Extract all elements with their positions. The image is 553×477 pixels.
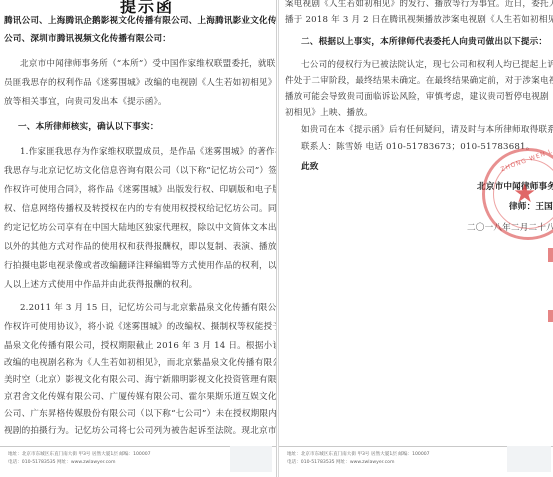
- section-heading: 一、本所律师核实，确认以下事实：: [18, 120, 159, 132]
- closing-salutation: 此致: [301, 160, 319, 172]
- intro-line: 北京市中闻律师事务所（“本所”）受中国作家维权联盟委托，就联盟成: [20, 57, 277, 69]
- document-page-right: 案电视剧《人生若如初相见》的发行、播放等行为事宜。近日，委托人得知贵司 播于 2…: [278, 0, 553, 477]
- paragraph-line: 播于 2018 年 3 月 2 日在腾讯视频播放涉案电视剧《人生若如初相见》。: [285, 13, 553, 25]
- paragraph-line: 作权许可使用合同》，将作品《迷雾围城》出版发行权、印刷版和电子版的复制: [4, 183, 277, 195]
- paragraph-line: 权、信息网络传播权及转授权在内的专有使用权授权给记忆坊公司。同时，合同: [4, 202, 277, 214]
- footer-watermark: [230, 446, 272, 472]
- addressee-line: 公司、深圳市腾讯视频文化传播有限公司：: [4, 32, 171, 44]
- footer-watermark: [507, 446, 551, 472]
- paragraph-line: 公司、广东昇格传媒股份有限公司（以下称“七公司”）未在授权期限内完成电: [4, 407, 277, 419]
- contact-note: 如贵司在本《提示函》后有任何疑问，请及时与本所律师取得联系。: [301, 123, 553, 135]
- paragraph-line: 七公司的侵权行为已被法院认定，现七公司和权利人均已提起上诉，目前案: [301, 58, 553, 70]
- contact-line: 联系人：陈雪娇 电话 010-51783673；010-51783681。: [301, 140, 535, 152]
- section-heading: 二、根据以上事实，本所律师代表委托人向贵司做出以下提示：: [301, 35, 547, 47]
- paragraph-line: 件处于二审阶段，最终结果未确定。在最终结果确定前，对于涉案电视剧的上映: [285, 74, 553, 86]
- paragraph-line: 视剧的拍摄行为。记忆坊公司将七公司列为被告起诉至法院。现北京市东城区法: [4, 424, 277, 436]
- paragraph-line: 京君舍文化传媒有限公司、广厦传媒有限公司、霍尔果斯乐道互娱文化传媒有限: [4, 390, 277, 402]
- paragraph-line: 2.2011 年 3 月 15 日，记忆坊公司与北京紫晶泉文化传播有限公司签订《…: [20, 301, 277, 313]
- cross-page-seal-mark: [548, 248, 553, 262]
- paragraph-line: 案电视剧《人生若如初相见》的发行、播放等行为事宜。近日，委托人得知贵司: [285, 0, 553, 9]
- paragraph-line: 播放可能会导致贵司面临诉讼风险，审慎考虑，建议贵司暂停电视剧《人生若如: [285, 90, 553, 102]
- footer-address: 地址：北京市东城区东直门南大街 甲3号 居然大厦1层 邮编：100007: [287, 451, 430, 457]
- paragraph-line: 约定记忆坊公司享有在中国大陆地区独家代理权，除以中文简体文本出版和发行: [4, 221, 277, 233]
- paragraph-line: 行拍摄电影电视录像或者改编翻译注释编辑等方式使用作品的权利，以及许可他: [4, 259, 277, 271]
- cross-page-seal-mark: [548, 310, 553, 322]
- paragraph-line: 作权许可使用协议》，将小说《迷雾围城》的改编权、摄制权等权能授予北京紫: [4, 320, 277, 332]
- paragraph-line: 以外的其他方式对作品的使用权和获得报酬权，即以复制、表演、播放、展览发: [4, 240, 277, 252]
- footer-contact: 电话：010-51783535 网址：www.zwlawyer.com: [287, 459, 394, 465]
- paragraph-line: 1.作家匪我思存为作家维权联盟成员，是作品《迷雾围城》的著作权人。: [20, 145, 277, 157]
- document-page-left: 提示函 腾讯公司、上海腾讯企鹅影视文化传播有限公司、上海腾讯影业文化传播有 公司…: [0, 0, 277, 477]
- paragraph-line: 美时空（北京）影视文化有限公司、海宁新鼎明影视文化投资管理有限公司、北: [4, 373, 277, 385]
- addressee-line: 腾讯公司、上海腾讯企鹅影视文化传播有限公司、上海腾讯影业文化传播有: [4, 14, 277, 26]
- star-icon: ★: [513, 179, 536, 209]
- paragraph-line: 人以上述方式使用中作品并由此获得报酬的权利。: [4, 278, 197, 290]
- footer-contact: 电话：010-51783535 网址：www.zwlawyer.com: [8, 459, 115, 465]
- paragraph-line: 我思存与北京记忆坊文化信息咨询有限公司（以下称“记忆坊公司”）签订了《: [4, 164, 277, 176]
- footer-address: 地址：北京市东城区东直门南大街 甲3号 居然大厦1层 邮编：100007: [8, 451, 151, 457]
- paragraph-line: 晶泉文化传播有限公司，授权期限截止 2016 年 3 月 14 日。根据小说《迷…: [4, 339, 277, 351]
- paragraph-line: 初相见》上映、播放。: [285, 106, 373, 118]
- paragraph-line: 改编的电视剧名称为《人生若如初相见》，而北京紫晶泉文化传播有限公司与完: [4, 356, 277, 368]
- intro-line: 员匪我思存的权利作品《迷雾围城》改编的电视剧《人生若如初相见》发行、: [4, 76, 277, 88]
- intro-line: 放等相关事宜，向贵司发出本《提示函》。: [4, 95, 167, 107]
